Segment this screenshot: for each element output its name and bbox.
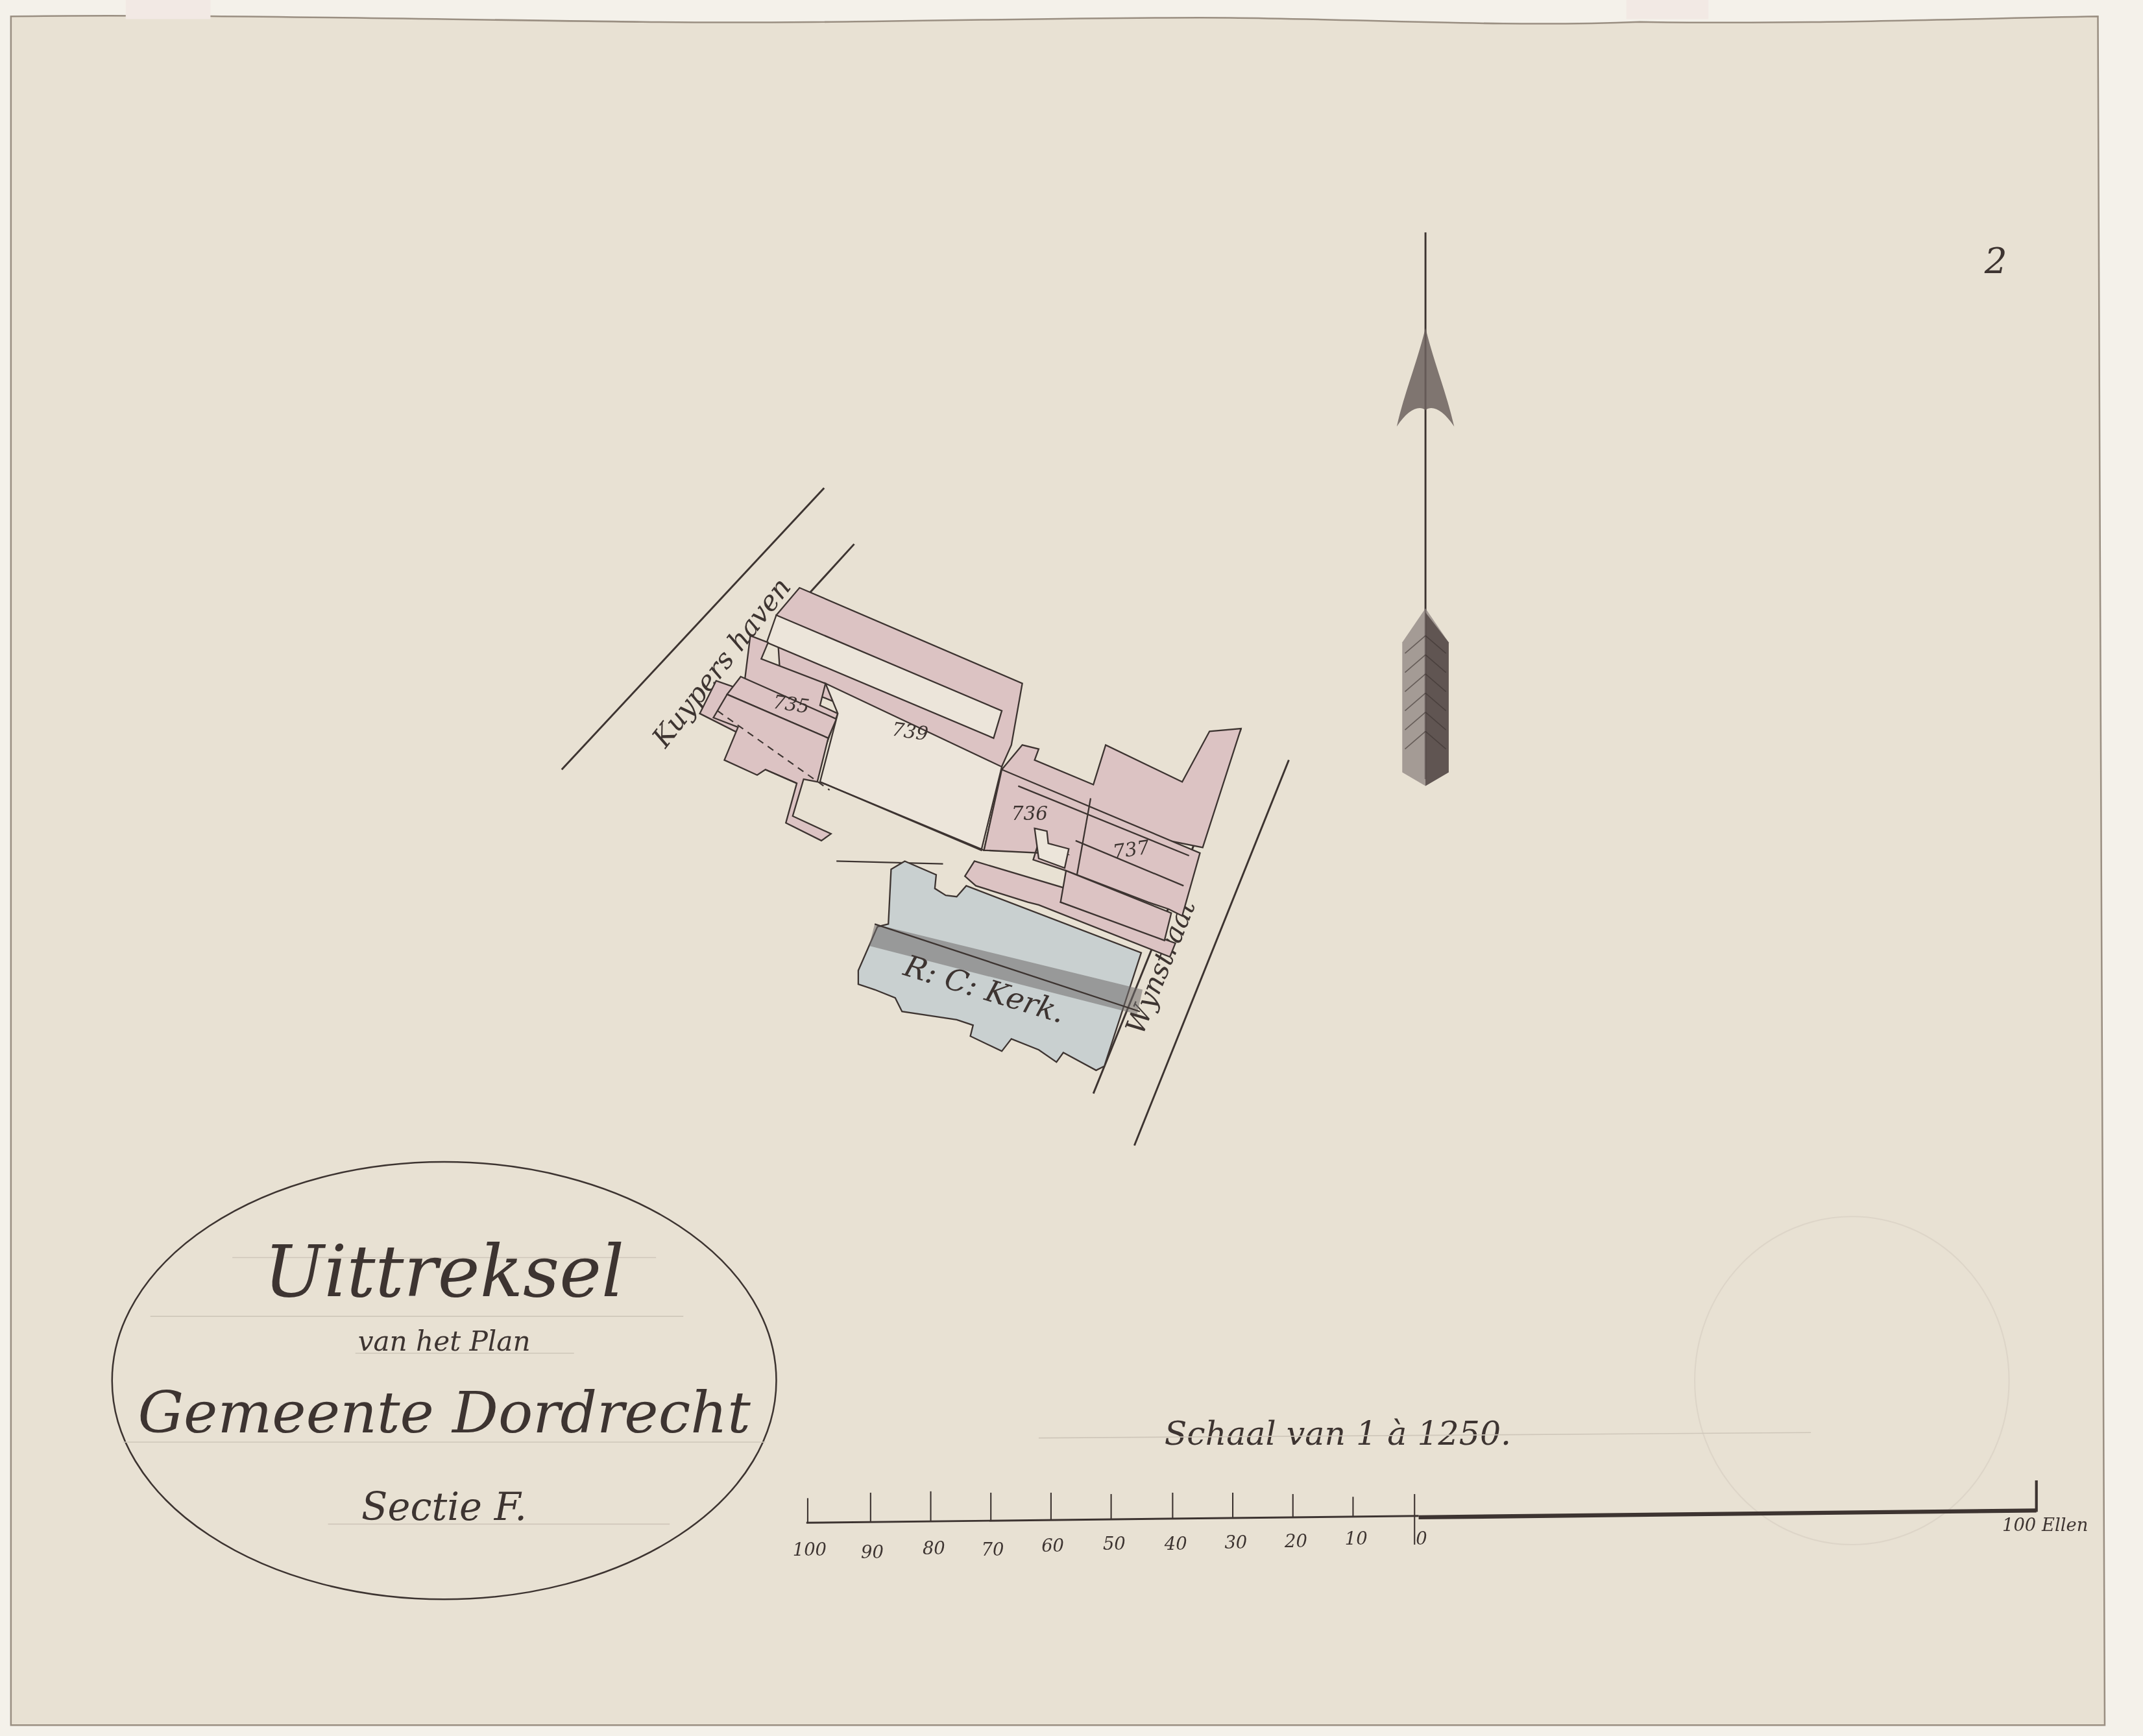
- scale-tick-90: 90: [861, 1543, 884, 1563]
- tape-right: [1627, 0, 1708, 19]
- paper: [11, 16, 2105, 1725]
- map-canvas: 2 Kuypers haven Wynstraat: [0, 0, 2143, 1736]
- scale-tick-0: 0: [1416, 1529, 1427, 1549]
- cartouche-line3: Gemeente Dordrecht: [138, 1379, 751, 1446]
- cartouche-title: Uittreksel: [264, 1230, 624, 1313]
- parcel-736: 736: [1011, 802, 1048, 825]
- sheet-number: 2: [1984, 240, 2007, 282]
- cartouche-line4: Sectie F.: [361, 1484, 527, 1529]
- scale-tick-80: 80: [923, 1539, 945, 1559]
- scale-tick-10: 10: [1345, 1529, 1368, 1549]
- scale-tick-100: 100: [793, 1540, 827, 1560]
- scale-tick-70: 70: [981, 1540, 1004, 1560]
- tape-left: [126, 0, 211, 19]
- scale-tick-50: 50: [1103, 1534, 1126, 1554]
- scale-tick-40: 40: [1164, 1534, 1187, 1554]
- map-sheet: 2 Kuypers haven Wynstraat: [0, 0, 2143, 1736]
- scale-end-label: 100 Ellen: [2002, 1515, 2088, 1536]
- scale-tick-60: 60: [1041, 1536, 1064, 1556]
- scale-tick-30: 30: [1224, 1533, 1247, 1553]
- scale-title: Schaal van 1 à 1250.: [1165, 1414, 1511, 1453]
- scale-tick-20: 20: [1284, 1532, 1307, 1552]
- cartouche-line2: van het Plan: [358, 1325, 531, 1357]
